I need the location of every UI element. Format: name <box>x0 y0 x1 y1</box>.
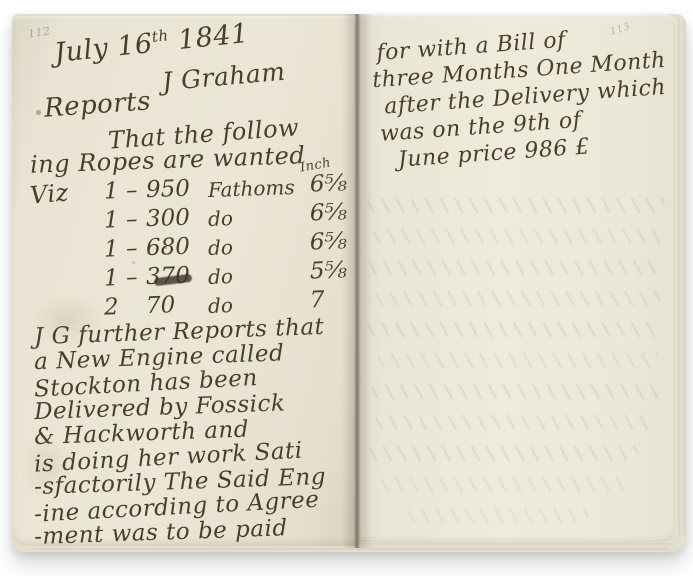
rope-qty: 1 – <box>104 264 147 294</box>
rope-length: 680 <box>146 233 209 264</box>
heading-dot <box>36 110 41 115</box>
rope-qty: 1 – <box>104 235 147 265</box>
rope-size: 6⅝ <box>309 227 370 258</box>
ghost-line <box>372 384 660 399</box>
rope-qty: 1 – <box>104 206 147 236</box>
ghost-line <box>374 229 662 244</box>
notebook-spread: 112 July 16th 1841 J Graham Reports That… <box>12 14 686 552</box>
ghost-line <box>378 353 658 368</box>
rope-size: 7 <box>309 285 370 316</box>
ghost-line <box>368 198 664 213</box>
ghost-line <box>370 260 662 275</box>
rope-unit: do <box>208 200 311 233</box>
viz-label: Viz <box>29 178 70 209</box>
ghost-line <box>376 415 652 430</box>
date-ordinal: th <box>151 26 169 46</box>
rope-qty: 1 – <box>104 177 147 207</box>
ghost-line <box>382 477 628 492</box>
bleed-through-handwriting <box>368 198 670 539</box>
bill-paragraph: for with a Bill of three Months One Mont… <box>370 20 673 175</box>
rope-size: 5⅝ <box>309 256 370 287</box>
rope-unit: do <box>208 258 311 291</box>
ghost-line <box>370 446 638 461</box>
rope-length: 950 <box>146 175 209 206</box>
rope-length: 300 <box>146 204 209 235</box>
engine-report-paragraph: J G further Reports that a New Engine ca… <box>34 320 326 545</box>
ghost-line <box>376 291 660 306</box>
rope-size: 6⅝ <box>309 198 370 229</box>
rope-order-table: 1 – 950 Fathoms 6⅝ 1 – 300 do 6⅝ 1 – 680… <box>104 174 370 319</box>
page-stack-edge-right <box>676 18 686 538</box>
ghost-line <box>368 322 658 337</box>
rope-unit: Fathoms <box>208 171 311 204</box>
ghost-line <box>408 508 588 523</box>
rope-size: 6⅝ <box>309 169 370 200</box>
rope-unit: do <box>208 229 311 262</box>
